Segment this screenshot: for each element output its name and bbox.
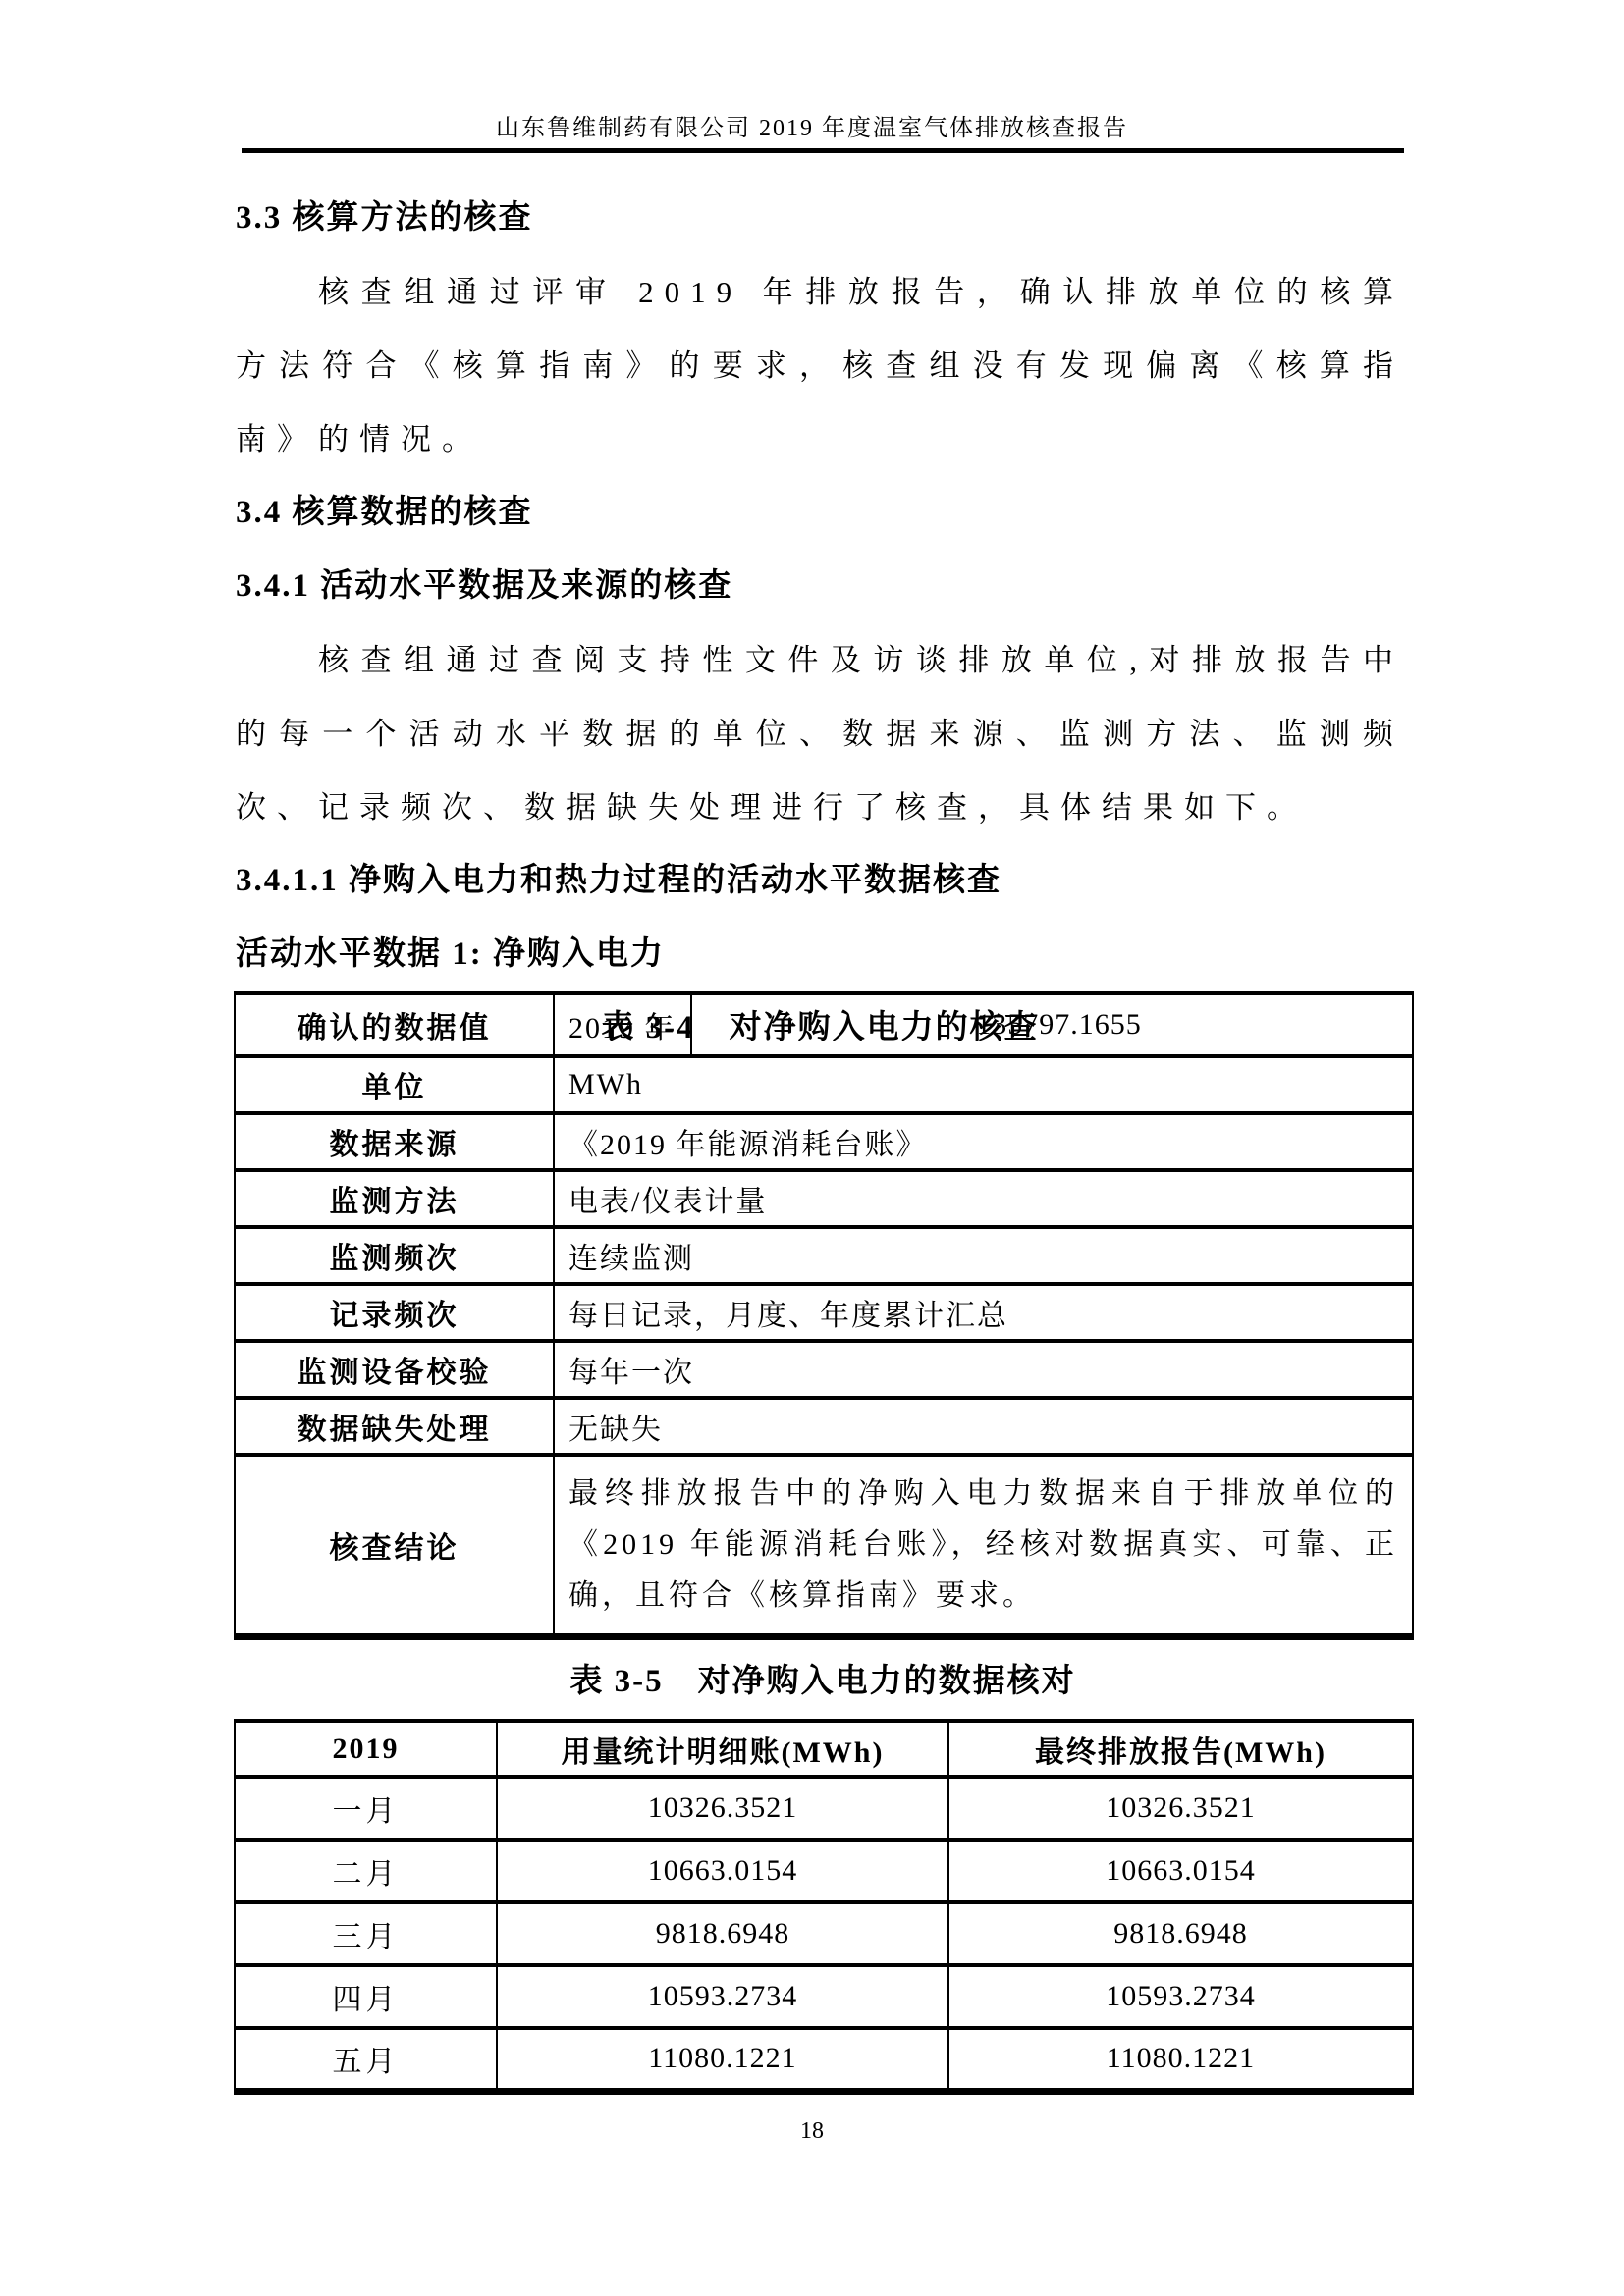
col-header-year: 2019 [235,1721,497,1777]
cell-ledger: 11080.1221 [497,2028,948,2091]
table-row: 二月 10663.0154 10663.0154 [235,1840,1413,1902]
row-label: 数据缺失处理 [235,1398,554,1455]
document-page: 山东鲁维制药有限公司 2019 年度温室气体排放核查报告 3.3 核算方法的核查… [0,0,1624,2296]
row-year: 2019 年 [554,993,691,1056]
cell-month: 二月 [235,1840,497,1902]
cell-month: 四月 [235,1965,497,2028]
row-label: 确认的数据值 [235,993,554,1056]
row-value: 每年一次 [554,1341,1413,1398]
table-row: 核查结论 最终排放报告中的净购入电力数据来自于排放单位的《2019 年能源消耗台… [235,1455,1413,1637]
cell-report: 10593.2734 [948,1965,1413,2028]
col-header-report: 最终排放报告(MWh) [948,1721,1413,1777]
heading-3-4: 3.4 核算数据的核查 [236,476,1404,550]
heading-3-4-1: 3.4.1 活动水平数据及来源的核查 [236,550,1404,623]
table-3-5-block: 表 3-5 对净购入电力的数据核对 2019 用量统计明细账(MWh) 最终排放… [234,1645,1412,2095]
row-value: MWh [554,1056,1413,1113]
table-3-5: 2019 用量统计明细账(MWh) 最终排放报告(MWh) 一月 10326.3… [234,1719,1414,2095]
row-label: 记录频次 [235,1284,554,1341]
table-row: 数据缺失处理 无缺失 [235,1398,1413,1455]
table-row: 监测方法 电表/仪表计量 [235,1170,1413,1227]
row-label: 核查结论 [235,1455,554,1637]
cell-report: 10663.0154 [948,1840,1413,1902]
row-label: 监测频次 [235,1227,554,1284]
paragraph-3-4-1: 核查组通过查阅支持性文件及访谈排放单位,对排放报告中的每一个活动水平数据的单位、… [236,623,1404,844]
activity-data-label: 活动水平数据 1: 净购入电力 [236,918,1404,991]
body-content: 3.3 核算方法的核查 核查组通过评审 2019 年排放报告，确认排放单位的核算… [236,182,1404,1065]
cell-ledger: 9818.6948 [497,1902,948,1965]
row-label: 监测方法 [235,1170,554,1227]
row-label: 监测设备校验 [235,1341,554,1398]
table-row: 五月 11080.1221 11080.1221 [235,2028,1413,2091]
row-value: 无缺失 [554,1398,1413,1455]
heading-3-3: 3.3 核算方法的核查 [236,182,1404,255]
table-row: 监测频次 连续监测 [235,1227,1413,1284]
row-value: 电表/仪表计量 [554,1170,1413,1227]
cell-month: 一月 [235,1777,497,1840]
row-value: 最终排放报告中的净购入电力数据来自于排放单位的《2019 年能源消耗台账》，经核… [554,1455,1413,1637]
running-header: 山东鲁维制药有限公司 2019 年度温室气体排放核查报告 [0,108,1624,142]
table-row: 四月 10593.2734 10593.2734 [235,1965,1413,2028]
paragraph-3-3: 核查组通过评审 2019 年排放报告，确认排放单位的核算方法符合《核算指南》的要… [236,255,1404,476]
row-label: 数据来源 [235,1113,554,1170]
header-rule [242,148,1404,153]
row-value: 每日记录，月度、年度累计汇总 [554,1284,1413,1341]
cell-report: 11080.1221 [948,2028,1413,2091]
table-3-5-title: 表 3-5 对净购入电力的数据核对 [234,1645,1412,1719]
cell-ledger: 10326.3521 [497,1777,948,1840]
heading-3-4-1-1: 3.4.1.1 净购入电力和热力过程的活动水平数据核查 [236,844,1404,918]
cell-ledger: 10593.2734 [497,1965,948,2028]
row-value: 135797.1655 [691,993,1413,1056]
page-number: 18 [0,2118,1624,2145]
cell-month: 三月 [235,1902,497,1965]
table-row: 监测设备校验 每年一次 [235,1341,1413,1398]
cell-month: 五月 [235,2028,497,2091]
table-3-4: 确认的数据值 2019 年 135797.1655 单位 MWh 数据来源 《2… [234,991,1414,1640]
table-row: 一月 10326.3521 10326.3521 [235,1777,1413,1840]
table-row: 三月 9818.6948 9818.6948 [235,1902,1413,1965]
cell-report: 9818.6948 [948,1902,1413,1965]
cell-report: 10326.3521 [948,1777,1413,1840]
table-row: 记录频次 每日记录，月度、年度累计汇总 [235,1284,1413,1341]
table-row: 单位 MWh [235,1056,1413,1113]
table-header-row: 2019 用量统计明细账(MWh) 最终排放报告(MWh) [235,1721,1413,1777]
row-value: 连续监测 [554,1227,1413,1284]
col-header-ledger: 用量统计明细账(MWh) [497,1721,948,1777]
table-row: 确认的数据值 2019 年 135797.1655 [235,993,1413,1056]
cell-ledger: 10663.0154 [497,1840,948,1902]
row-value: 《2019 年能源消耗台账》 [554,1113,1413,1170]
row-label: 单位 [235,1056,554,1113]
table-row: 数据来源 《2019 年能源消耗台账》 [235,1113,1413,1170]
